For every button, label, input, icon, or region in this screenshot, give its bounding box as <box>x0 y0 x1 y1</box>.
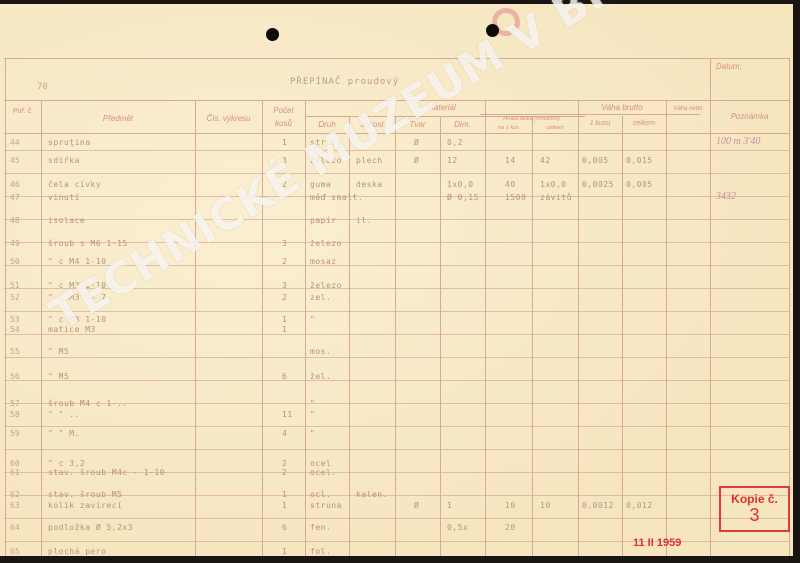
cell-celkem: závitů <box>540 193 572 202</box>
header-na-1-kus: na 1 kus <box>485 125 532 131</box>
header-predmet: Předmět <box>41 114 195 123</box>
cell-n: 64 <box>10 523 20 532</box>
cell-druh: mosaz <box>310 257 337 266</box>
cell-n: 53 <box>10 315 20 324</box>
cell-predmet: plochá pero <box>48 547 106 556</box>
header-material: Materiál <box>305 103 578 112</box>
cell-dim: 1 <box>447 501 452 510</box>
sheet-number: 70 <box>37 82 48 92</box>
cell-pocet: 2 <box>282 180 287 189</box>
document-page: 70 PŘEPÍNAČ proudový Datum: Poř. č. Před… <box>0 4 793 556</box>
cell-predmet: " c M4 1-10 <box>48 257 106 266</box>
cell-druh: guma <box>310 180 331 189</box>
cell-predmet: " c M3 1-10 <box>48 281 106 290</box>
cell-druh: měď smalt. <box>310 193 363 202</box>
cell-tvar: Ø <box>414 138 419 147</box>
cell-predmet: šroub M4 c 1-.. <box>48 399 128 408</box>
cell-predmet: vinutí <box>48 193 80 202</box>
cell-n: 44 <box>10 138 20 147</box>
cell-dim: 0,2 <box>447 138 463 147</box>
cell-druh: fen. <box>310 523 331 532</box>
cell-na1: 14 <box>505 156 516 165</box>
cell-na1: 40 <box>505 180 516 189</box>
cell-n: 46 <box>10 180 20 189</box>
cell-n: 58 <box>10 410 20 419</box>
date-stamp: 11 II 1959 <box>633 537 681 549</box>
cell-druh: " <box>310 410 315 419</box>
cell-druh: ocel <box>310 459 331 468</box>
header-vaha-1-kus: 1 kusu <box>578 120 622 127</box>
cell-na1: 10 <box>505 501 516 510</box>
header-vaha-celkem: celkem <box>622 120 666 127</box>
cell-n: 59 <box>10 429 20 438</box>
cell-druh: mos. <box>310 347 331 356</box>
cell-n: 57 <box>10 399 20 408</box>
cell-druh: zel. <box>310 293 331 302</box>
cell-n: 62 <box>10 490 20 499</box>
cell-n: 51 <box>10 281 20 290</box>
cell-predmet: " " .. <box>48 410 80 419</box>
cell-pocet: 1 <box>282 325 287 334</box>
cell-pocet: 2 <box>282 293 287 302</box>
cell-v1: 0,005 <box>582 156 609 165</box>
cell-vc: 0,012 <box>626 501 653 510</box>
cell-celkem: 10 <box>540 501 551 510</box>
cell-n: 49 <box>10 239 20 248</box>
cell-n: 54 <box>10 325 20 334</box>
cell-predmet: " c M3 1- 7 <box>48 293 106 302</box>
cell-pocet: 1 <box>282 547 287 556</box>
header-celkem: celkem <box>532 125 578 131</box>
cell-poznamka: 100 m 3'40 <box>716 136 760 147</box>
cell-jakost: kalen. <box>356 490 388 499</box>
punch-hole-left <box>266 28 279 41</box>
cell-druh: struna <box>310 501 342 510</box>
copy-stamp-number: 3 <box>721 506 788 524</box>
cell-druh: " <box>310 399 315 408</box>
cell-pocet: 3 <box>282 239 287 248</box>
cell-n: 56 <box>10 372 20 381</box>
cell-pocet: 3 <box>282 281 287 290</box>
cell-pocet: 2 <box>282 468 287 477</box>
cell-v1: 0,0025 <box>582 180 614 189</box>
cell-n: 55 <box>10 347 20 356</box>
cell-druh: ocl. <box>310 490 331 499</box>
cell-pocet: 4 <box>282 429 287 438</box>
header-poradi: Poř. č. <box>8 108 38 115</box>
cell-pocet: 2 <box>282 459 287 468</box>
cell-predmet: stav. šroub M4c - 1-10 <box>48 468 165 477</box>
cell-n: 61 <box>10 468 20 477</box>
cell-predmet: " " M. <box>48 429 80 438</box>
cell-druh: žel. <box>310 372 331 381</box>
cell-druh: " <box>310 429 315 438</box>
cell-druh: železo <box>310 281 342 290</box>
copy-stamp-label: Kopie č. <box>721 492 788 506</box>
cell-n: 47 <box>10 193 20 202</box>
cell-v1: 0,0012 <box>582 501 614 510</box>
cell-pocet: 1 <box>282 501 287 510</box>
cell-n: 60 <box>10 459 20 468</box>
cell-pocet: 2 <box>282 257 287 266</box>
cell-druh: ocel. <box>310 468 337 477</box>
cell-n: 65 <box>10 547 20 556</box>
cell-dim: 1x0,0 <box>447 180 474 189</box>
cell-dim: 12 <box>447 156 458 165</box>
punch-hole-right <box>486 24 499 37</box>
cell-pocet: 6 <box>282 372 287 381</box>
cell-druh: " <box>310 315 315 324</box>
cell-pocet: 6 <box>282 523 287 532</box>
cell-celkem: 1x0,0 <box>540 180 567 189</box>
header-tvar: Tvar <box>395 120 440 129</box>
document-title: PŘEPÍNAČ proudový <box>290 77 399 87</box>
header-vaha-brutto: Váha brutto <box>578 103 666 112</box>
cell-predmet: podložka Ø 5,2x3 <box>48 523 133 532</box>
cell-n: 48 <box>10 216 20 225</box>
header-kusu: kusů <box>262 119 305 128</box>
cell-pocet: 3 <box>282 156 287 165</box>
cell-pocet: 1 <box>282 138 287 147</box>
header-hruba-delka: Hrubá délka (množství) <box>485 116 578 122</box>
cell-predmet: spruţina <box>48 138 91 147</box>
cell-na1: 20 <box>505 523 516 532</box>
cell-poznamka: 3432 <box>716 191 736 202</box>
cell-n: 52 <box>10 293 20 302</box>
cell-predmet: stav. šroub M5 <box>48 490 122 499</box>
copy-stamp: Kopie č. 3 <box>719 486 790 532</box>
museum-watermark: TECHNICKÉ MUZEUM V BRNĚ <box>42 0 686 340</box>
cell-druh: fol. <box>310 547 331 556</box>
cell-druh: železo <box>310 239 342 248</box>
cell-tvar: Ø <box>414 501 419 510</box>
cell-na1: 1500 <box>505 193 526 202</box>
cell-tvar: Ø <box>414 156 419 165</box>
cell-predmet: " M5 <box>48 372 69 381</box>
cell-dim: Ø 0,15 <box>447 193 479 202</box>
cell-predmet: isolace <box>48 216 85 225</box>
cell-pocet: 1 <box>282 315 287 324</box>
cell-vc: 0,005 <box>626 180 653 189</box>
cell-pocet: 11 <box>282 410 293 419</box>
cell-n: 63 <box>10 501 20 510</box>
header-pocet: Počet <box>262 106 305 115</box>
datum-label: Datum: <box>716 62 742 71</box>
cell-druh: papír <box>310 216 337 225</box>
cell-predmet: šroub s M6 1-15 <box>48 239 128 248</box>
cell-pocet: 1 <box>282 490 287 499</box>
cell-jakost: il. <box>356 216 372 225</box>
cell-n: 45 <box>10 156 20 165</box>
header-jakost: Jakost <box>349 120 395 129</box>
header-vaha-netto: Váha netto <box>668 106 708 112</box>
cell-predmet: " c M3 1-10 <box>48 315 106 324</box>
cell-predmet: čela cívky <box>48 180 101 189</box>
cell-druh: železo <box>310 156 342 165</box>
cell-jakost: plech <box>356 156 383 165</box>
cell-jakost: deska <box>356 180 383 189</box>
cell-dim: 0,5x <box>447 523 468 532</box>
cell-vc: 0,015 <box>626 156 653 165</box>
header-druh: Druh <box>305 120 349 129</box>
cell-predmet: matice M3 <box>48 325 96 334</box>
cell-predmet: " c 3,2 <box>48 459 85 468</box>
header-poznamka: Poznámka <box>710 112 789 121</box>
header-dim: Dim. <box>440 120 485 129</box>
header-cis-vykresu: Čís. výkresu <box>195 114 262 123</box>
cell-predmet: " M5 <box>48 347 69 356</box>
cell-predmet: kolík zavírecí <box>48 501 122 510</box>
cell-celkem: 42 <box>540 156 551 165</box>
cell-predmet: sdířka <box>48 156 80 165</box>
cell-druh: struna <box>310 138 342 147</box>
cell-n: 50 <box>10 257 20 266</box>
